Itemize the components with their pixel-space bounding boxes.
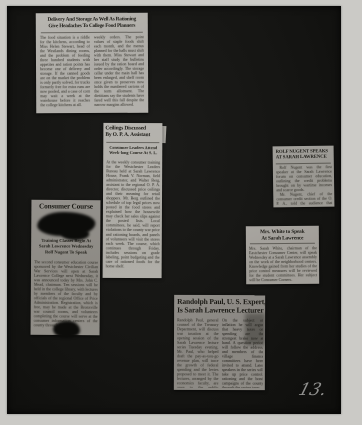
body-column-2: weekly orders. The point values of stapl… <box>94 35 144 111</box>
clipping-food-planners: Delivery And Storage As Well As Rationin… <box>36 13 149 114</box>
clipping-consumer-course: Consumer Course Training Classes Begin A… <box>31 200 101 335</box>
headline-line1: Randolph Paul, U. S. Expert, <box>177 298 265 307</box>
headline-rule <box>250 243 315 244</box>
ink-blot-small <box>61 228 89 240</box>
headline-rule <box>41 32 143 34</box>
body-column: Rolf Nugent was the first speaker at the… <box>276 165 333 206</box>
scrapbook-photo: Delivery And Storage As Well As Rationin… <box>0 0 362 425</box>
subhead-line3: Rolf Nugent To Speak <box>33 249 99 255</box>
body-column: Mrs. Sarah White, chairman of the Eastch… <box>249 246 317 282</box>
ink-blot-bottom <box>53 321 80 338</box>
headline-line2: At Sarah Lawrence <box>248 235 317 242</box>
body-column-1: Randolph Paul, general counsel of the Tr… <box>177 318 219 388</box>
clipping-ceilings-discussed: Ceilings Discussed By O. P. A. Assistant… <box>103 123 163 278</box>
headline-line2: By O. P. A. Assistant <box>105 131 161 138</box>
headline-line2: AT SARAH LAWRENCE <box>276 154 333 160</box>
body-paragraph-1: Rolf Nugent was the first speaker at the… <box>276 165 332 193</box>
body-column: At the weekly consumer training for the … <box>106 160 161 276</box>
ink-smudge <box>245 313 265 345</box>
page-number: 13. <box>296 380 329 400</box>
clipping-nugent-speaks: ROLF NUGENT SPEAKS AT SARAH LAWRENCE Rol… <box>273 146 335 208</box>
body-paragraph-2: Mr. Nugent, chief of the consumer credit… <box>276 192 332 206</box>
headline-line2: Give Headaches To College Food Planners <box>38 22 146 29</box>
clipping-randolph-paul: Randolph Paul, U. S. Expert, Is Sarah La… <box>174 295 265 390</box>
subhead-line2: Week-long Course At S. L. <box>105 150 161 155</box>
body-column-1: The food situation is a riddle for the k… <box>40 35 90 111</box>
clipping-mrs-white: Mrs. White to Speak At Sarah Lawrence Mr… <box>246 226 319 285</box>
headline-rule <box>106 142 159 143</box>
headline: Consumer Course <box>33 203 98 211</box>
